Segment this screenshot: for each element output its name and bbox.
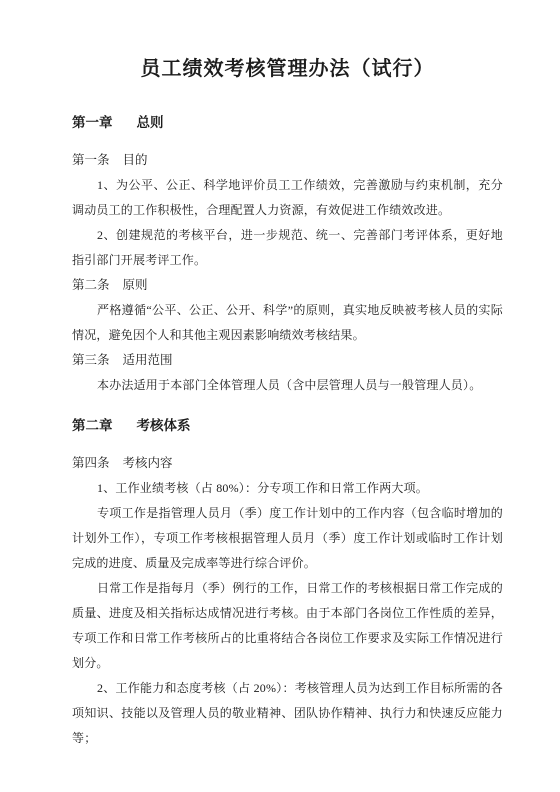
- article-title: 考核内容: [123, 456, 173, 470]
- paragraph: 本办法适用于本部门全体管理人员（含中层管理人员与一般管理人员）。: [72, 373, 503, 398]
- chapter-heading: 第二章考核体系: [72, 413, 503, 438]
- article-title: 目的: [123, 153, 148, 167]
- article-number: 第三条: [72, 353, 110, 367]
- paragraph: 日常工作是指每月（季）例行的工作，日常工作的考核根据日常工作完成的质量、进度及相…: [72, 576, 503, 676]
- article-number: 第一条: [72, 153, 110, 167]
- chapter-title: 总则: [137, 115, 164, 130]
- paragraph: 2、工作能力和态度考核（占 20%）：考核管理人员为达到工作目标所需的各项知识、…: [72, 676, 503, 751]
- document-page: 员工绩效考核管理办法（试行） 第一章总则 第一条目的 1、为公平、公正、科学地评…: [0, 0, 560, 792]
- paragraph: 2、创建规范的考核平台，进一步规范、统一、完善部门考评体系，更好地指引部门开展考…: [72, 223, 503, 273]
- paragraph: 1、工作业绩考核（占 80%）：分专项工作和日常工作两大项。: [72, 476, 503, 501]
- chapter-number: 第二章: [72, 418, 113, 433]
- paragraph: 专项工作是指管理人员月（季）度工作计划中的工作内容（包含临时增加的计划外工作），…: [72, 501, 503, 576]
- paragraph: 严格遵循“公平、公正、公开、科学”的原则，真实地反映被考核人员的实际情况，避免因…: [72, 298, 503, 348]
- document-title: 员工绩效考核管理办法（试行）: [72, 54, 503, 84]
- paragraph: 1、为公平、公正、科学地评价员工工作绩效，完善激励与约束机制，充分调动员工的工作…: [72, 173, 503, 223]
- article-heading: 第二条原则: [72, 273, 503, 298]
- article-number: 第四条: [72, 456, 110, 470]
- chapter-heading: 第一章总则: [72, 110, 503, 135]
- article-title: 原则: [123, 278, 148, 292]
- chapter-number: 第一章: [72, 115, 113, 130]
- article-title: 适用范围: [123, 353, 173, 367]
- chapter-title: 考核体系: [137, 418, 191, 433]
- article-number: 第二条: [72, 278, 110, 292]
- article-heading: 第一条目的: [72, 148, 503, 173]
- article-heading: 第四条考核内容: [72, 451, 503, 476]
- article-heading: 第三条适用范围: [72, 348, 503, 373]
